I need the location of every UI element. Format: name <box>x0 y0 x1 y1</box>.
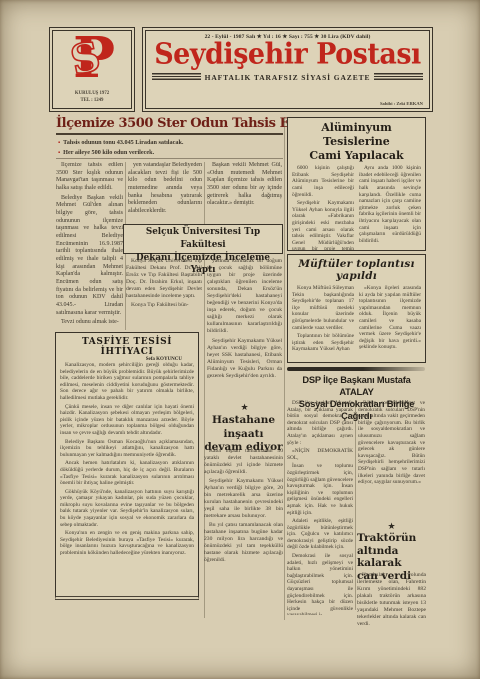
headline-line: DSP İlçe Başkanı Mustafa ATALAY <box>286 374 427 398</box>
sp-monogram-icon: P S <box>61 31 123 85</box>
paragraph: Karabulak yolunda ilerlemekte olan, Fahr… <box>357 572 426 628</box>
paragraph: Çünkü mesele, insan ve diğer canlılar iç… <box>60 404 194 437</box>
masthead: 22 - Eylül - 1987 Salı ★ Yıl : 16 ★ Sayı… <box>142 27 433 112</box>
paragraph: Tevzi odunu almak iste- <box>56 319 123 327</box>
column-divider <box>284 117 285 620</box>
tasfiye-headline: TASFİYE TESİSİ İHTİYACI <box>60 337 194 357</box>
newspaper-logo: P S KURULUŞ 1972 TEL : 1249 <box>49 27 135 112</box>
paragraph: Kaba inşaatı tamamlanan 50 yataklı devle… <box>204 448 283 476</box>
paragraph: Adaleti eşitlikle, eşitliği özgürlükle b… <box>287 518 353 551</box>
selcuk-column-2-cont: Seydişehir Kaymakamı Yüksel Ayhan'ın ver… <box>207 338 282 400</box>
dsp-column-1: DSP ilçe başkanı Mustafa Atalay, bir açı… <box>287 400 353 615</box>
bullet-text: Her aileye 500 kilo odun verilecek. <box>63 149 154 156</box>
paragraph: DSP ilçe başkanı Mustafa Atalay, bir açı… <box>287 400 353 446</box>
headline-line: Alüminyum Tesislerine <box>292 121 421 149</box>
muftuler-article-box: Müftüler toplantısı yapıldı Konya Müftüs… <box>287 254 426 363</box>
paragraph: Konya'nın en zengin ve en geniş makina p… <box>60 530 194 556</box>
paragraph: Belediye Başkan vekili Mehmet Gül'den al… <box>56 195 123 318</box>
headline-line: Selçuk Üniversitesi Tıp Fakültesi <box>124 226 282 252</box>
selcuk-headline: Selçuk Üniversitesi Tıp Fakültesi Dekanı… <box>123 224 283 254</box>
muftuler-headline: Müftüler toplantısı yapıldı <box>292 258 421 282</box>
paragraph: Kanalizasyon, modern şehirciliğin gereği… <box>60 362 194 402</box>
paragraph: Belediye Başkanı Osman Kocaoğlu'nun açık… <box>60 439 194 459</box>
headline-line: kalarak <box>357 557 427 570</box>
muftuler-column-2: «Konya ilçeleri arasında ki ayda bir yap… <box>359 285 421 355</box>
logo-founded-line: KURULUŞ 1972 <box>53 90 131 97</box>
owner-line: Sahibi : Zeki ERKAN <box>380 101 423 106</box>
tasfiye-article-box: TASFİYE TESİSİ İHTİYACI Sefa KOYUNCU Kan… <box>55 332 199 600</box>
lead-bullets: ▪Tahsis odunun tonu 43.045 Liradan satıl… <box>58 138 282 158</box>
headline-line: Traktörün altında <box>357 532 427 557</box>
bullet-item: ▪Her aileye 500 kilo odun verilecek. <box>58 148 282 158</box>
slogan-stripe-left <box>152 73 201 81</box>
bullet-square-icon: ▪ <box>58 150 60 156</box>
lead-column-2: yen vatandaşlar Belediyeden alacakları t… <box>128 162 202 222</box>
aluminyum-column-2: Aynı anda 1000 kişinin ibadet edebileceğ… <box>359 165 421 251</box>
aluminyum-headline: Alüminyum Tesislerine Cami Yapılacak <box>292 121 421 162</box>
paragraph: Seydişehir Kaymakamı Yüksel Ayhan'ın ver… <box>207 338 282 380</box>
hastahane-body: Kaba inşaatı tamamlanan 50 yataklı devle… <box>204 448 283 620</box>
paragraph: «NİÇİN DEMOKRATİK SOL, <box>287 448 353 461</box>
paragraph: Başkan vekili Mehmet Gül, «Odun mutemedi… <box>207 162 282 208</box>
lead-column-1: İlçemize tahsis edilen 3500 Ster kışlık … <box>56 162 123 332</box>
section-rule <box>56 158 283 159</box>
bullet-text: Tahsis odunun tonu 43.045 Liradan satıla… <box>63 139 183 146</box>
star-icon: ★ <box>358 521 425 532</box>
paragraph: Demokrasi ile sosyal adaleti, hızlı geli… <box>287 553 353 615</box>
newspaper-page: Seydişehir Belediye başkanlığından P S K… <box>0 0 480 679</box>
paragraph: Aynı anda 1000 kişinin ibadet edebileceğ… <box>359 165 421 244</box>
muftuler-column-1: Konya Müftüsü Süleyman Tekin başkanlığın… <box>292 285 354 355</box>
bullet-square-icon: ▪ <box>58 140 60 146</box>
paragraph: yen vatandaşlar Belediyeden alacakları t… <box>128 162 202 216</box>
paragraph: «Konya ilçeleri arasında ki ayda bir yap… <box>359 285 421 351</box>
paragraph: Ancak hemen hatırlatalım ki, kanalizasyo… <box>60 460 194 486</box>
paragraph: Bütün sosyaldemokrat ve demokratik solcu… <box>358 400 425 486</box>
star-icon: ★ <box>207 402 282 413</box>
paragraph: Konya Tıp Fakültesi bün- <box>126 302 202 309</box>
lead-column-3: Başkan vekili Mehmet Gül, «Odun mutemedi… <box>207 162 282 222</box>
headline-line: Hastahane inşaatı <box>203 414 284 441</box>
paragraph: Bu yıl çatısı tamamlanacak olan hastahan… <box>204 522 283 564</box>
column-divider <box>355 400 356 610</box>
headline-rule <box>56 133 283 135</box>
aluminyum-article-box: Alüminyum Tesislerine Cami Yapılacak 600… <box>287 117 426 251</box>
paragraph: 6000 kişinin çalıştığı Etibank Seydişehi… <box>292 165 354 198</box>
bullet-item: ▪Tahsis odunun tonu 43.045 Liradan satıl… <box>58 138 282 148</box>
paragraph: Gökhüyük Köyü'nde, kanalizasyon hattının… <box>60 489 194 529</box>
traktor-body: Karabulak yolunda ilerlemekte olan, Fahr… <box>357 572 426 642</box>
paragraph: İnsan ve toplumu özgürleştirmek için, öz… <box>287 463 353 516</box>
section-rule <box>287 367 425 371</box>
headline-line: Cami Yapılacak <box>292 149 421 163</box>
aluminyum-column-1: 6000 kişinin çalıştığı Etibank Seydişehi… <box>292 165 354 251</box>
paragraph: Seydişehir Kaymakamı Yüksel Ayhan konuyl… <box>292 200 354 251</box>
paragraph: İlçemize tahsis edilen 3500 Ster kışlık … <box>56 162 123 193</box>
lead-headline: İlçemize 3500 Ster Odun Tahsis Edildi <box>56 116 284 131</box>
paragraph: Toplantının bir bölümüne iştirak eden Se… <box>292 333 354 353</box>
dsp-column-2: Bütün sosyaldemokrat ve demokratik solcu… <box>358 400 425 518</box>
logo-tel-line: TEL : 1249 <box>53 97 131 104</box>
tasfiye-body: Kanalizasyon, modern şehirciliğin gereği… <box>60 362 194 559</box>
selcuk-column-2: yasında kurulacak bir doğum ve çocuk sağ… <box>207 258 282 335</box>
paragraph: Konya Müftüsü Süleyman Tekin başkanlığın… <box>292 285 354 331</box>
newspaper-slogan: HAFTALIK TARAFSIZ SİYASİ GAZETE <box>205 73 371 82</box>
slogan-stripe-right <box>374 73 423 81</box>
selcuk-column-1: Konya Selçuk Üniversitesi Tıp Fakültesi … <box>126 258 202 331</box>
slogan-row: HAFTALIK TARAFSIZ SİYASİ GAZETE <box>152 73 423 82</box>
paragraph: Konya Selçuk Üniversitesi Tıp Fakültesi … <box>126 258 202 300</box>
paragraph: yasında kurulacak bir doğum ve çocuk sağ… <box>207 258 282 335</box>
newspaper-title: Seydişehir Postası <box>146 40 429 70</box>
paragraph: Seydişehir Kaymakamı Yüksel Ayhan'ın ver… <box>204 478 283 520</box>
